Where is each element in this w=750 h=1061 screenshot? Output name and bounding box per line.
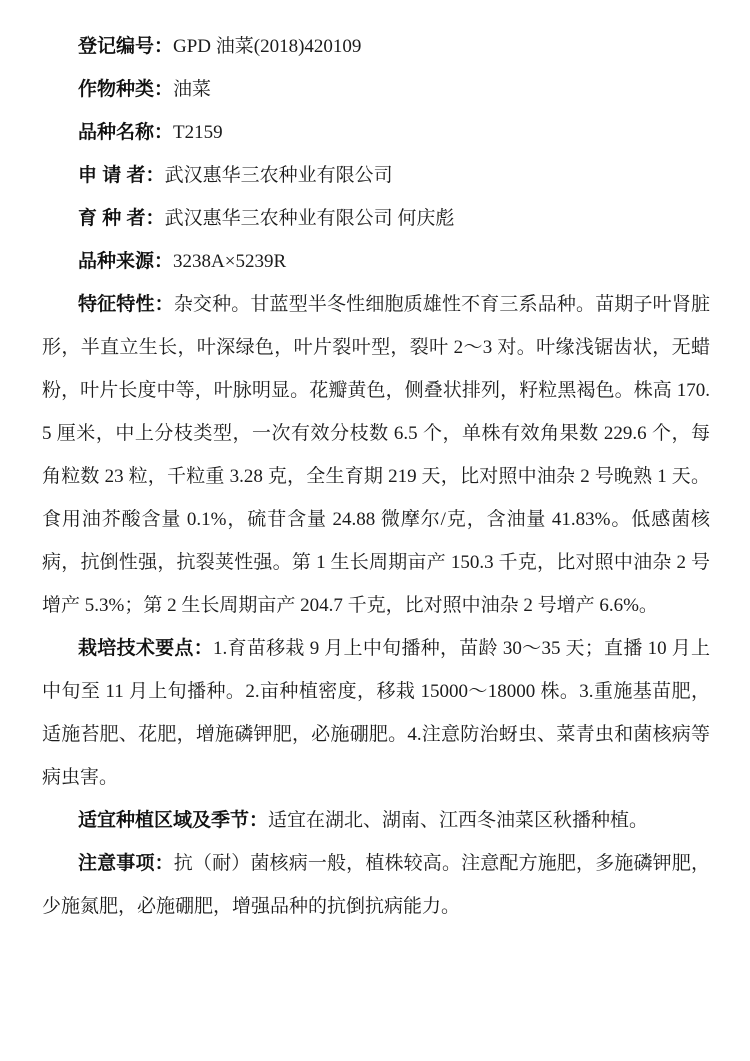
field-breeder: 育 种 者：武汉惠华三农种业有限公司 何庆彪	[42, 197, 710, 240]
field-applicant: 申 请 者：武汉惠华三农种业有限公司	[42, 154, 710, 197]
field-value: 武汉惠华三农种业有限公司 何庆彪	[165, 208, 455, 229]
para-label: 特征特性：	[78, 294, 174, 315]
field-crop-type: 作物种类：油菜	[42, 68, 710, 111]
field-value: 武汉惠华三农种业有限公司	[165, 165, 393, 186]
field-label: 品种名称：	[78, 122, 173, 143]
para-text: 适宜在湖北、湖南、江西冬油菜区秋播种植。	[268, 810, 648, 831]
field-value: 3238A×5239R	[173, 251, 286, 272]
para-cautions: 注意事项：抗（耐）菌核病一般，植株较高。注意配方施肥，多施磷钾肥，少施氮肥，必施…	[42, 842, 710, 928]
field-value: 油菜	[173, 79, 211, 100]
para-label: 注意事项：	[78, 853, 174, 874]
field-label: 品种来源：	[78, 251, 173, 272]
para-characteristics: 特征特性：杂交种。甘蓝型半冬性细胞质雄性不育三系品种。苗期子叶肾脏形，半直立生长…	[42, 283, 710, 627]
para-text: 杂交种。甘蓝型半冬性细胞质雄性不育三系品种。苗期子叶肾脏形，半直立生长，叶深绿色…	[42, 294, 710, 616]
field-label: 育 种 者：	[78, 208, 165, 229]
para-suitable-region: 适宜种植区域及季节：适宜在湖北、湖南、江西冬油菜区秋播种植。	[42, 799, 710, 842]
para-cultivation-points: 栽培技术要点：1.育苗移栽 9 月上中旬播种，苗龄 30～35 天；直播 10 …	[42, 627, 710, 799]
field-label: 作物种类：	[78, 79, 173, 100]
field-label: 申 请 者：	[78, 165, 165, 186]
field-variety-name: 品种名称：T2159	[42, 111, 710, 154]
field-value: T2159	[173, 122, 223, 143]
para-text: 1.育苗移栽 9 月上中旬播种，苗龄 30～35 天；直播 10 月上中旬至 1…	[42, 638, 710, 788]
para-label: 适宜种植区域及季节：	[78, 810, 268, 831]
field-registration-number: 登记编号：GPD 油菜(2018)420109	[42, 25, 710, 68]
field-value: GPD 油菜(2018)420109	[173, 36, 361, 57]
field-variety-origin: 品种来源：3238A×5239R	[42, 240, 710, 283]
para-label: 栽培技术要点：	[78, 638, 213, 659]
field-label: 登记编号：	[78, 36, 173, 57]
document-page: 登记编号：GPD 油菜(2018)420109 作物种类：油菜 品种名称：T21…	[0, 0, 750, 1061]
